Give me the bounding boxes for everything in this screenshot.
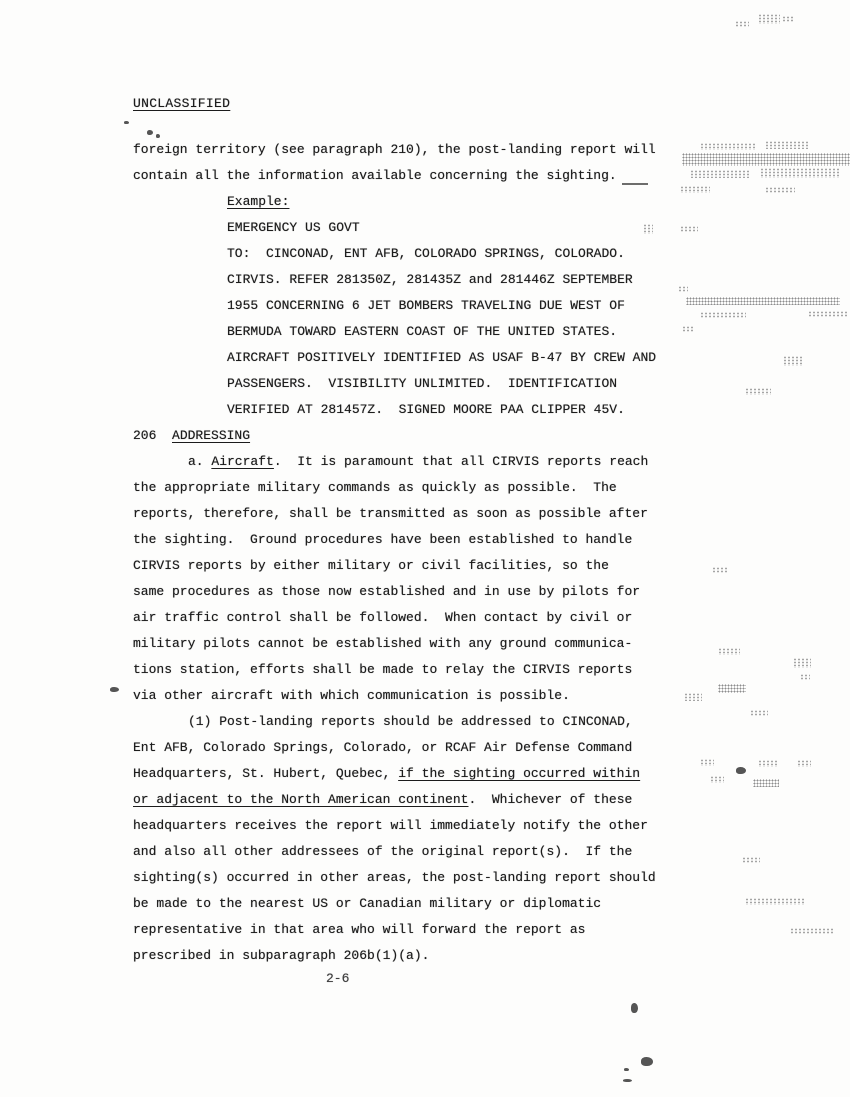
scan-artifact [631, 1003, 638, 1013]
text-line: 1955 CONCERNING 6 JET BOMBERS TRAVELING … [133, 293, 733, 319]
page-number: 2-6 [326, 971, 349, 983]
document-body: foreign territory (see paragraph 210), t… [133, 137, 733, 969]
scan-artifact [765, 187, 795, 193]
text-segment: PASSENGERS. VISIBILITY UNLIMITED. IDENTI… [227, 376, 617, 391]
text-line: CIRVIS. REFER 281350Z, 281435Z and 28144… [133, 267, 733, 293]
text-segment: the appropriate military commands as qui… [133, 480, 617, 495]
text-line: a. Aircraft. It is paramount that all CI… [133, 449, 733, 475]
text-line: prescribed in subparagraph 206b(1)(a). [133, 943, 733, 969]
scan-artifact [742, 857, 760, 863]
scan-artifact [624, 1068, 629, 1071]
underlined-text-segment: Example: [227, 194, 289, 209]
text-segment: EMERGENCY US GOVT [227, 220, 360, 235]
scan-artifact [124, 121, 129, 124]
text-line: TO: CINCONAD, ENT AFB, COLORADO SPRINGS,… [133, 241, 733, 267]
text-line: AIRCRAFT POSITIVELY IDENTIFIED AS USAF B… [133, 345, 733, 371]
text-segment: air traffic control shall be followed. W… [133, 610, 632, 625]
text-line: the appropriate military commands as qui… [133, 475, 733, 501]
text-line: EMERGENCY US GOVT [133, 215, 733, 241]
text-segment: BERMUDA TOWARD EASTERN COAST OF THE UNIT… [227, 324, 617, 339]
text-segment: headquarters receives the report will im… [133, 818, 648, 833]
text-segment: and also all other addressees of the ori… [133, 844, 632, 859]
text-segment: prescribed in subparagraph 206b(1)(a). [133, 948, 429, 963]
text-line: foreign territory (see paragraph 210), t… [133, 137, 733, 163]
text-line: CIRVIS reports by either military or civ… [133, 553, 733, 579]
text-segment: via other aircraft with which communicat… [133, 688, 570, 703]
text-line: Headquarters, St. Hubert, Quebec, if the… [133, 761, 733, 787]
text-line: or adjacent to the North American contin… [133, 787, 733, 813]
text-line: air traffic control shall be followed. W… [133, 605, 733, 631]
scan-artifact [790, 928, 835, 934]
scan-artifact [782, 16, 794, 22]
scan-artifact [765, 141, 810, 149]
text-line: and also all other addressees of the ori… [133, 839, 733, 865]
text-segment: Ent AFB, Colorado Springs, Colorado, or … [133, 740, 632, 755]
scan-artifact [797, 760, 811, 767]
text-segment: contain all the information available co… [133, 168, 617, 183]
text-segment: AIRCRAFT POSITIVELY IDENTIFIED AS USAF B… [227, 350, 656, 365]
text-line: via other aircraft with which communicat… [133, 683, 733, 709]
scan-artifact [783, 356, 803, 366]
underlined-text-segment: or adjacent to the North American contin… [133, 792, 468, 807]
text-line: the sighting. Ground procedures have bee… [133, 527, 733, 553]
text-line: Ent AFB, Colorado Springs, Colorado, or … [133, 735, 733, 761]
text-line: military pilots cannot be established wi… [133, 631, 733, 657]
text-segment: CIRVIS. REFER 281350Z, 281435Z and 28144… [227, 272, 633, 287]
text-line: same procedures as those now established… [133, 579, 733, 605]
text-line: PASSENGERS. VISIBILITY UNLIMITED. IDENTI… [133, 371, 733, 397]
classification-marking: UNCLASSIFIED [133, 96, 230, 111]
scan-artifact [758, 14, 780, 24]
scan-artifact [800, 674, 810, 680]
underlined-text-segment: ADDRESSING [172, 428, 250, 443]
text-line: (1) Post-landing reports should be addre… [133, 709, 733, 735]
text-segment: . It is paramount that all CIRVIS report… [274, 454, 648, 469]
page-number-text: 2-6 [326, 971, 349, 983]
scan-artifact [110, 687, 119, 692]
text-segment: . Whichever of these [468, 792, 632, 807]
text-segment: the sighting. Ground procedures have bee… [133, 532, 632, 547]
text-segment: VERIFIED AT 281457Z. SIGNED MOORE PAA CL… [227, 402, 625, 417]
scan-artifact [793, 658, 811, 668]
scan-artifact [147, 130, 153, 135]
scan-artifact [753, 779, 779, 787]
scan-artifact [750, 710, 768, 716]
text-line: Example: [133, 189, 733, 215]
text-segment: 1955 CONCERNING 6 JET BOMBERS TRAVELING … [227, 298, 625, 313]
text-line: BERMUDA TOWARD EASTERN COAST OF THE UNIT… [133, 319, 733, 345]
text-segment: tions station, efforts shall be made to … [133, 662, 632, 677]
text-line: 206 ADDRESSING [133, 423, 733, 449]
text-segment: TO: CINCONAD, ENT AFB, COLORADO SPRINGS,… [227, 246, 625, 261]
text-segment: representative in that area who will for… [133, 922, 585, 937]
scan-artifact [745, 388, 771, 395]
text-segment: foreign territory (see paragraph 210), t… [133, 142, 656, 157]
text-segment: Headquarters, St. Hubert, Quebec, [133, 766, 398, 781]
underlined-text-segment: if the sighting occurred within [398, 766, 640, 781]
scan-artifact [758, 760, 778, 767]
scanned-page: UNCLASSIFIED foreign territory (see para… [0, 0, 850, 1097]
text-segment: sighting(s) occurred in other areas, the… [133, 870, 656, 885]
scan-artifact [641, 1057, 653, 1066]
text-segment: be made to the nearest US or Canadian mi… [133, 896, 601, 911]
text-segment: CIRVIS reports by either military or civ… [133, 558, 609, 573]
text-line: be made to the nearest US or Canadian mi… [133, 891, 733, 917]
text-line: headquarters receives the report will im… [133, 813, 733, 839]
scan-artifact [760, 168, 840, 178]
text-segment: a. [188, 454, 211, 469]
text-segment: (1) Post-landing reports should be addre… [188, 714, 633, 729]
underlined-text-segment: Aircraft [211, 454, 273, 469]
text-line: VERIFIED AT 281457Z. SIGNED MOORE PAA CL… [133, 397, 733, 423]
text-line: sighting(s) occurred in other areas, the… [133, 865, 733, 891]
text-line: representative in that area who will for… [133, 917, 733, 943]
scan-artifact [745, 898, 805, 905]
text-segment: military pilots cannot be established wi… [133, 636, 632, 651]
text-segment: 206 [133, 428, 172, 443]
text-line: tions station, efforts shall be made to … [133, 657, 733, 683]
scan-artifact [623, 1079, 632, 1082]
scan-artifact [808, 311, 848, 317]
text-line: reports, therefore, shall be transmitted… [133, 501, 733, 527]
scan-artifact [735, 21, 749, 27]
text-line: contain all the information available co… [133, 163, 733, 189]
scan-artifact [736, 767, 746, 774]
text-segment: reports, therefore, shall be transmitted… [133, 506, 648, 521]
text-segment: same procedures as those now established… [133, 584, 640, 599]
